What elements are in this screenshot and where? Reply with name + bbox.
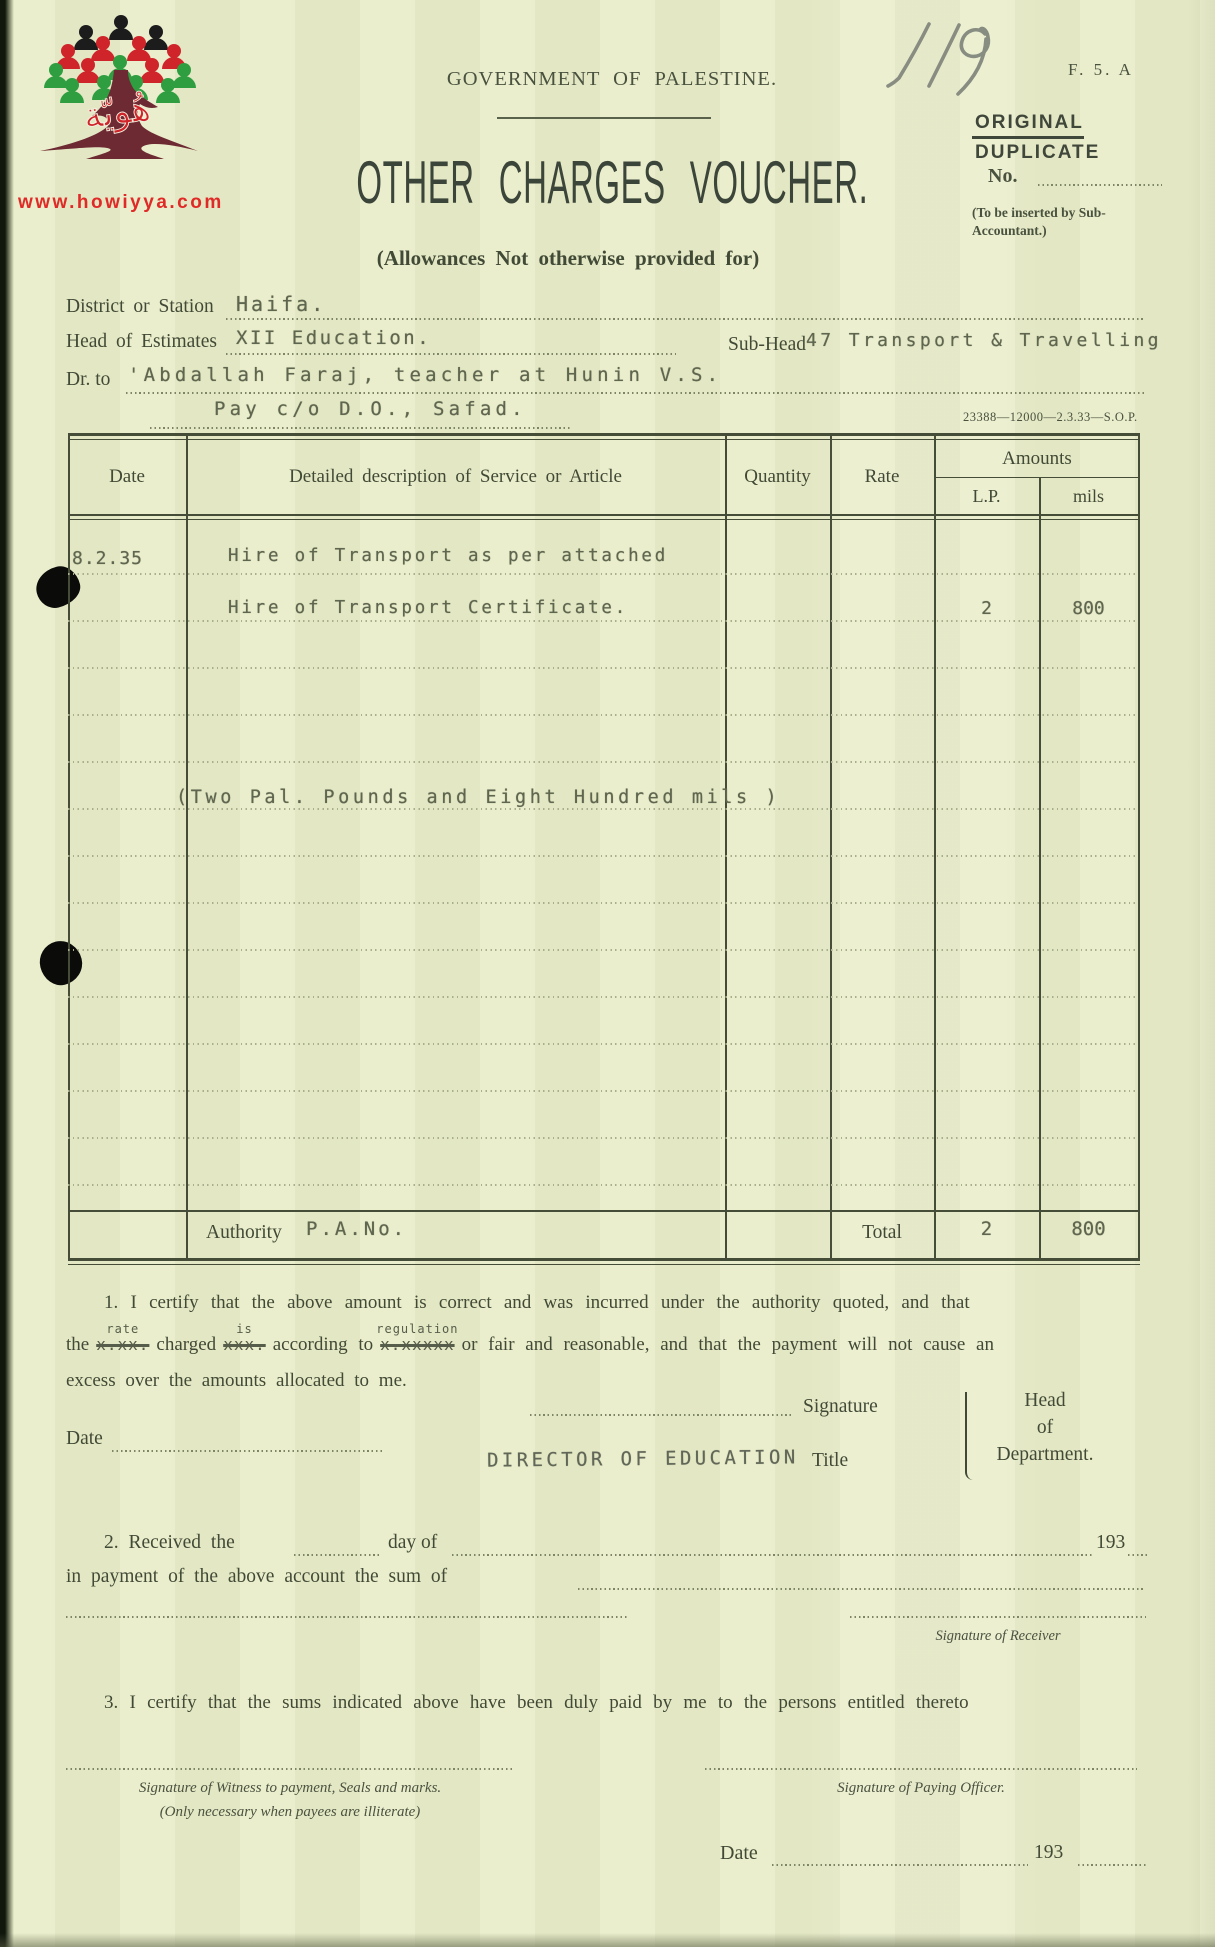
witness-line1: Signature of Witness to payment, Seals a… [66,1780,514,1797]
table-guide-line [68,855,1138,857]
table-border-top [68,433,1140,436]
header-rule [497,117,711,119]
received-sum-dotted [578,1588,1144,1590]
date1-label: Date [66,1428,103,1450]
title-label: Title [812,1450,848,1472]
estimates-value: XII Education. [236,327,431,349]
scan-edge-left [0,0,14,1947]
amounts-subline [934,477,1140,478]
handwritten-number [872,14,1022,110]
entry-description-line2: Hire of Transport Certificate. [228,598,628,618]
received-dotted-2 [452,1554,1092,1556]
district-label: District or Station [66,296,214,318]
drto-dotted-line [126,392,1144,394]
col-header-description: Detailed description of Service or Artic… [186,466,725,488]
table-vline [1138,433,1140,1260]
table-guide-line [68,808,1138,810]
entry-amount-in-words: (Two Pal. Pounds and Eight Hundred mils … [176,787,780,808]
entry-date: 8.2.35 [72,548,143,569]
table-guide-line [68,714,1138,716]
table-guide-line [68,902,1138,904]
head-line1: Head [1000,1390,1090,1412]
table-guide-line [68,761,1138,763]
certify1-line3: excess over the amounts allocated to me. [66,1370,407,1392]
col-header-amounts: Amounts [934,448,1140,470]
table-guide-line [68,1137,1138,1139]
col-header-mils: mils [1039,486,1138,507]
drto-value-line2: Pay c/o D.O., Safad. [214,398,527,420]
certify1-charged: charged [156,1334,216,1355]
table-vline [186,433,188,1260]
entry-mils-value: 800 [1039,598,1138,619]
table-guide-line [68,996,1138,998]
signature-of-receiver: Signature of Receiver [850,1628,1146,1645]
received-dotted-1 [294,1554,382,1556]
received-year: 193 [1096,1532,1125,1554]
total-lp-value: 2 [934,1218,1039,1240]
original-underline [972,136,1084,139]
head-line3: Department. [985,1444,1105,1466]
table-guide-line [68,1043,1138,1045]
footer-date-label: Date [720,1842,758,1865]
authority-value: P.A.No. [306,1218,407,1240]
estimates-label: Head of Estimates [66,331,217,353]
received-line2: in payment of the above account the sum … [66,1566,447,1588]
voucher-title: OTHER CHARGES VOUCHER. [356,148,868,217]
subhead-value: 47 Transport & Travelling [806,330,1162,351]
witness-line2: (Only necessary when payees are illitera… [66,1804,514,1821]
certify1-line1: 1. I certify that the above amount is co… [66,1292,1146,1314]
drto-label: Dr. to [66,369,110,391]
ink-blot [32,562,84,611]
table-vline [725,433,727,1260]
director-stamp: DIRECTOR OF EDUCATION [487,1446,799,1471]
total-label: Total [830,1222,934,1244]
signature-label: Signature [803,1396,878,1418]
subhead-label: Sub-Head [728,334,806,356]
ink-blot [35,937,86,990]
government-heading: GOVERNMENT OF PALESTINE. [12,68,1212,91]
original-label: ORIGINAL [975,112,1084,134]
head-of-department-brace [965,1392,973,1480]
no-note-line2: Accountant.) [972,223,1047,239]
received-prefix: 2. Received the [66,1532,235,1554]
col-header-quantity: Quantity [725,466,830,488]
paying-officer-dotted-line [705,1768,1137,1770]
district-dotted-line [226,318,1144,320]
date1-dotted-line [112,1450,382,1452]
signature-dotted-line [530,1414,792,1416]
certify1-the: the [66,1334,89,1355]
voucher-title-wrap: OTHER CHARGES VOUCHER. [12,148,1212,217]
entry-lp-value: 2 [934,598,1039,619]
col-header-lp: L.P. [934,486,1039,507]
table-guide-line [68,949,1138,951]
scan-edge-right [1187,0,1215,1947]
authority-row-topline [68,1210,1140,1212]
table-vline [934,433,936,1260]
certify1-according: according to [273,1334,373,1355]
received-dotted-3 [1128,1554,1150,1556]
col-header-rate: Rate [830,466,934,488]
table-guide-line [68,573,1138,575]
total-mils-value: 800 [1039,1218,1138,1240]
estimates-dotted-line [226,353,676,355]
table-guide-line [68,1184,1138,1186]
certify1-line2-rest: or fair and reasonable, and that the pay… [462,1334,994,1355]
authority-label: Authority [206,1222,282,1244]
receiver-dotted-left [66,1616,628,1618]
receiver-dotted-right [850,1616,1146,1618]
voucher-document: هُويّة www.howiyya.com F. 5. A ORIGINAL … [0,0,1215,1947]
district-value: Haifa. [236,292,326,316]
head-line2: of [1000,1417,1090,1439]
table-border-top2 [68,439,1140,440]
witness-dotted-line [66,1768,514,1770]
insert-is: isxxx. [223,1334,266,1356]
scan-edge-bottom [0,1933,1215,1947]
entry-description-line1: Hire of Transport as per attached [228,546,668,566]
footer-date-dotted [772,1864,1028,1866]
footer-year: 193 [1034,1842,1063,1864]
table-border-bottom [68,1258,1140,1261]
table-header-border [68,514,1140,516]
table-guide-line [68,667,1138,669]
table-border-bottom2 [68,1264,1140,1265]
table-guide-line [68,1090,1138,1092]
table-vline [830,433,832,1260]
table-vline [1039,477,1041,1260]
table-header-border2 [68,519,1140,520]
certify1-line2: theratex.xx.chargedisxxx.according toreg… [66,1334,1146,1356]
table-vline [68,433,70,1260]
insert-regulation: regulationx.xxxxx [380,1334,454,1356]
received-dayof: day of [388,1532,437,1554]
voucher-subtitle: (Allowances Not otherwise provided for) [0,246,1136,271]
signature-of-paying-officer: Signature of Paying Officer. [705,1780,1137,1797]
table-guide-line [68,620,1138,622]
drto-value: 'Abdallah Faraj, teacher at Hunin V.S. [128,364,722,386]
certify3-text: 3. I certify that the sums indicated abo… [66,1692,1146,1714]
print-code: 23388—12000—2.3.33—S.O.P. [963,410,1138,425]
insert-rate: ratex.xx. [96,1334,149,1356]
pay-dotted-line [150,427,570,429]
footer-year-dotted [1078,1864,1148,1866]
col-header-date: Date [68,466,186,488]
